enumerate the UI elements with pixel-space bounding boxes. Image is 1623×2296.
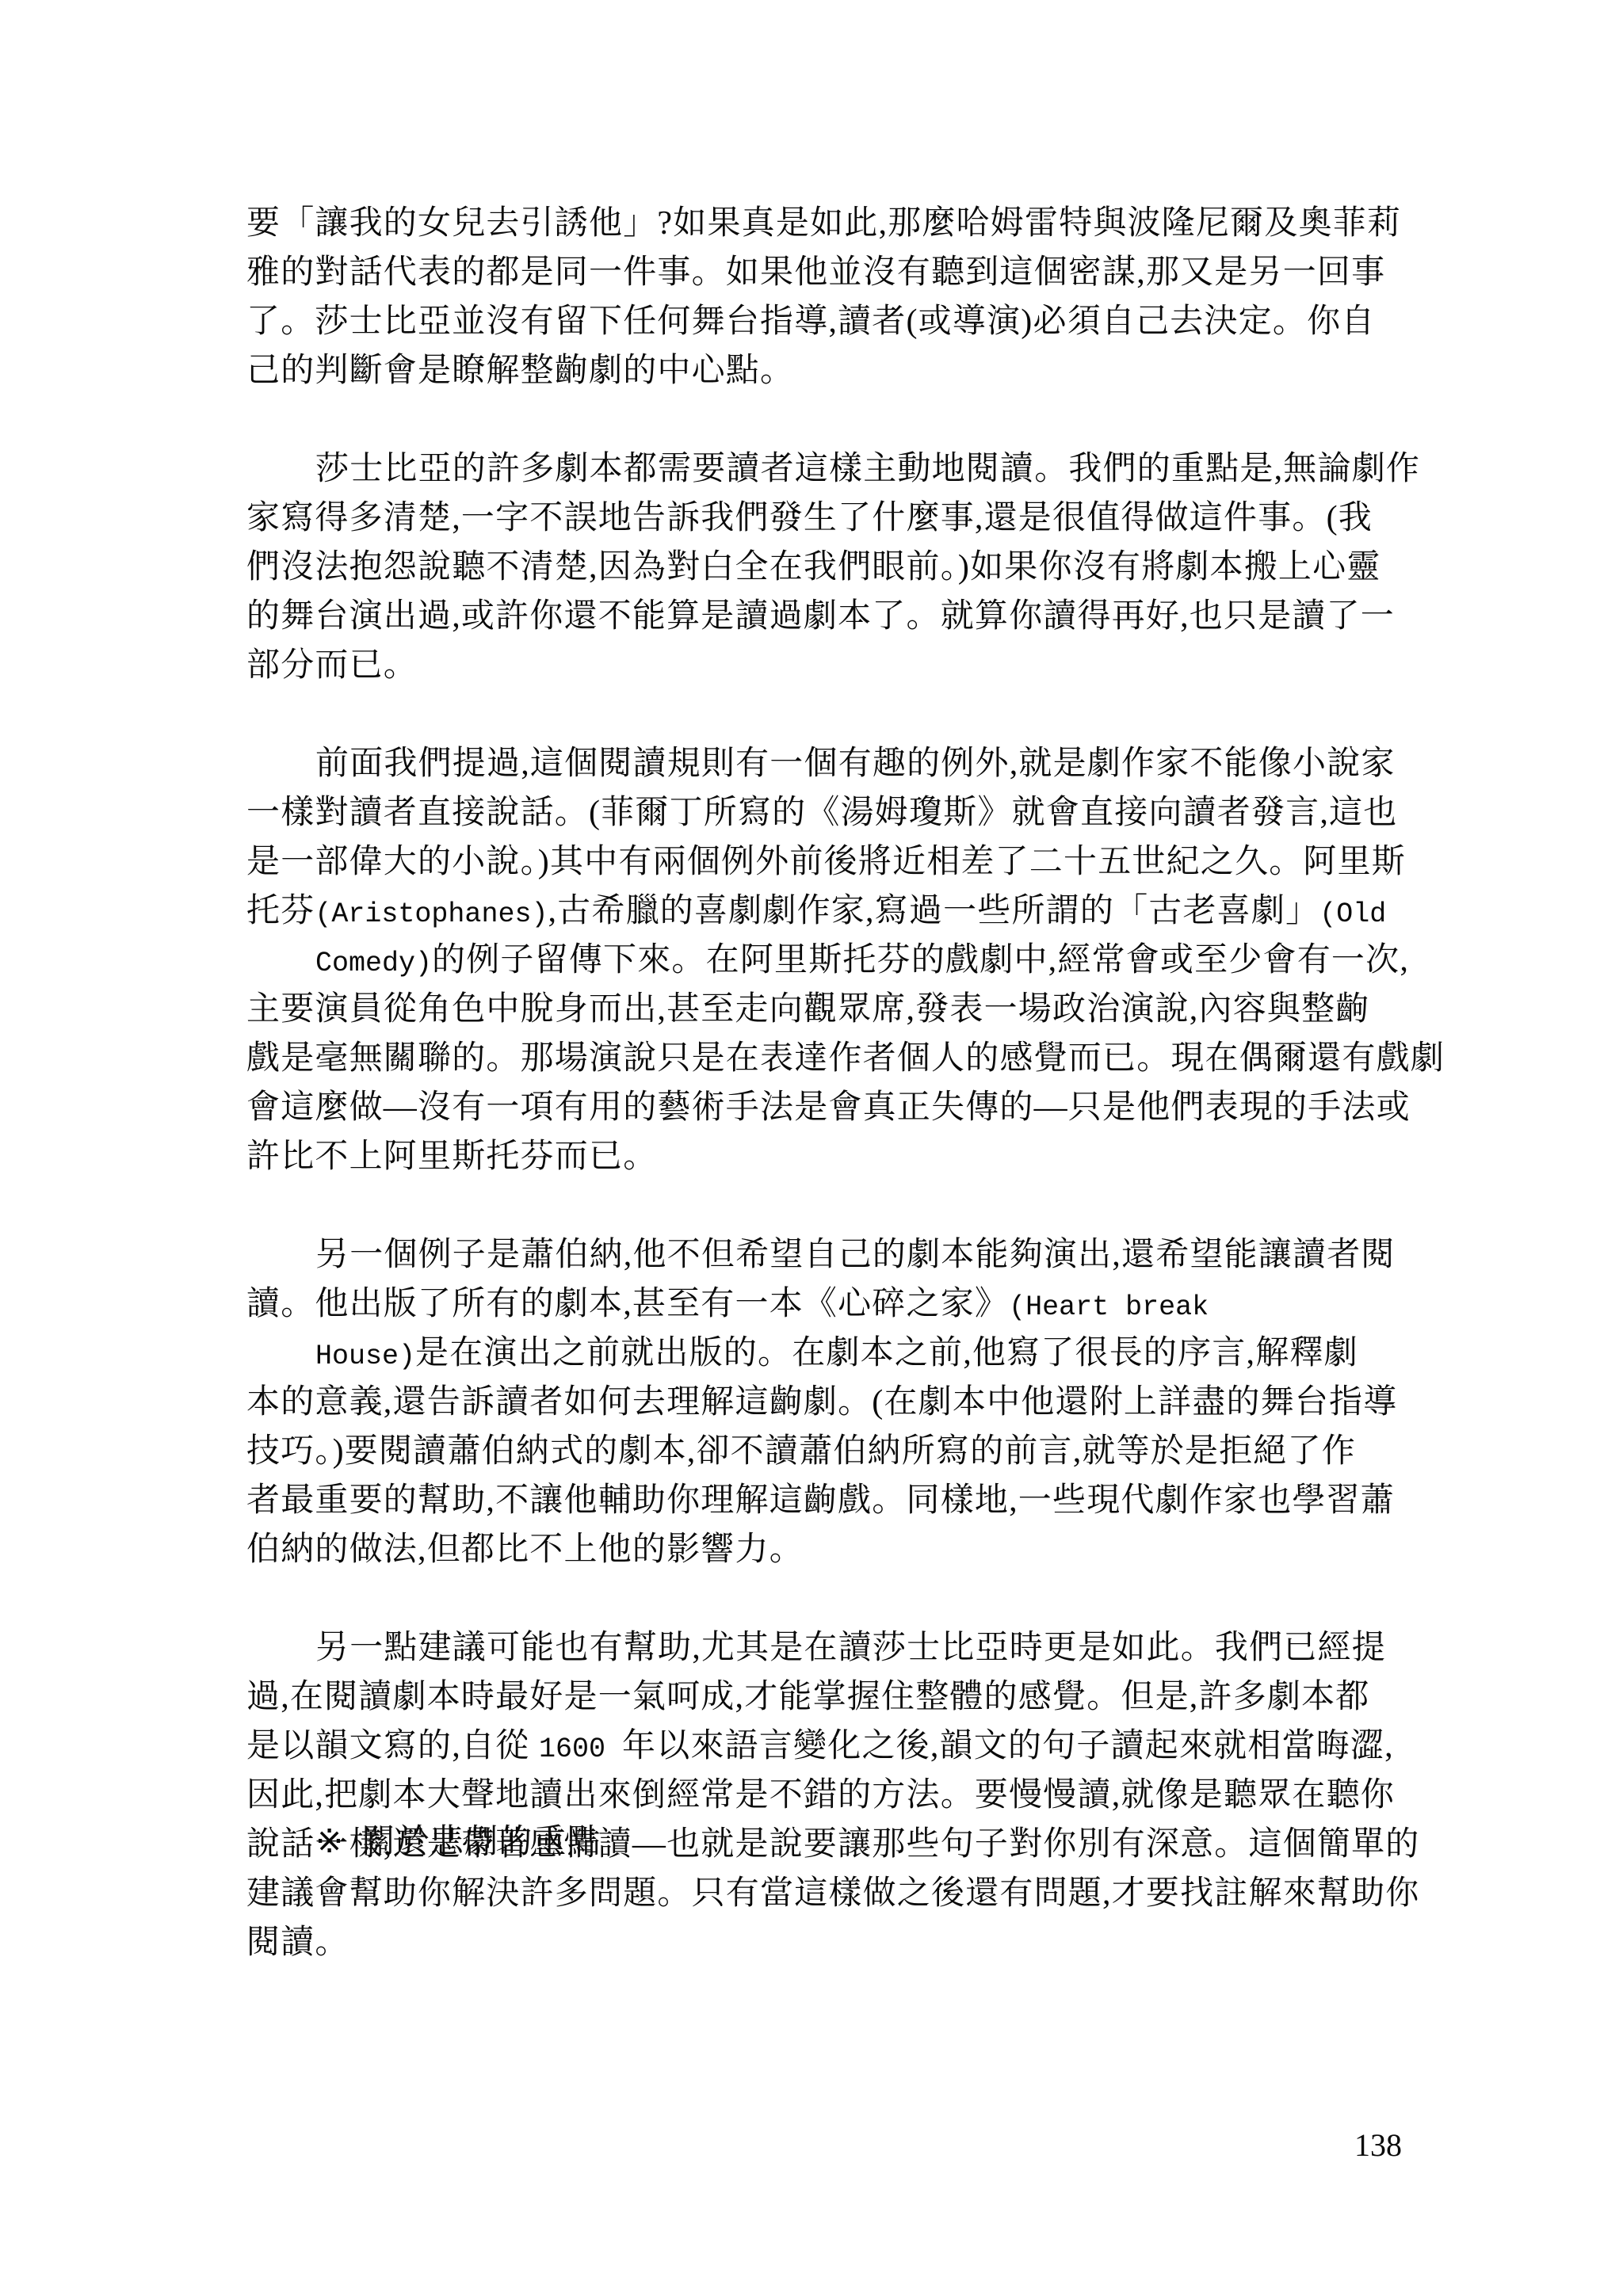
text-line: 部分而已。 <box>246 641 1411 690</box>
text-line: 本的意義,還告訴讀者如何去理解這齣劇。(在劇本中他還附上詳盡的舞台指導 <box>246 1378 1411 1427</box>
page-number: 138 <box>246 2126 1402 2165</box>
text-line: House)是在演出之前就出版的。在劇本之前,他寫了很長的序言,解釋劇 <box>246 1329 1411 1378</box>
latin-text: Comedy) <box>315 948 432 979</box>
latin-text: 1600 <box>539 1733 622 1765</box>
reference-mark-icon: ※ <box>315 1824 344 1860</box>
latin-text: (Heart break <box>1009 1291 1209 1323</box>
text-block: 要「讓我的女兒去引誘他」?如果真是如此,那麼哈姆雷特與波隆尼爾及奧菲莉雅的對話代… <box>246 199 1411 2016</box>
text-line: 己的判斷會是瞭解整齣劇的中心點。 <box>246 346 1411 395</box>
latin-text: (Aristophanes) <box>315 898 548 930</box>
text-line: 另一個例子是蕭伯納,他不但希望自己的劇本能夠演出,還希望能讓讀者閱 <box>246 1230 1411 1280</box>
latin-text: House) <box>315 1341 415 1372</box>
document-page: 要「讓我的女兒去引誘他」?如果真是如此,那麼哈姆雷特與波隆尼爾及奧菲莉雅的對話代… <box>0 0 1623 2296</box>
text-line: 托芬(Aristophanes),古希臘的喜劇劇作家,寫過一些所謂的「古老喜劇」… <box>246 887 1411 936</box>
text-line: 技巧。)要閱讀蕭伯納式的劇本,卻不讀蕭伯納所寫的前言,就等於是拒絕了作 <box>246 1427 1411 1476</box>
text-line: 建議會幫助你解決許多問題。只有當這樣做之後還有問題,才要找註解來幫助你 <box>246 1869 1411 1918</box>
text-line: 是以韻文寫的,自從 1600 年以來語言變化之後,韻文的句子讀起來就相當晦澀, <box>246 1722 1411 1771</box>
text-line: 一樣對讀者直接說話。(菲爾丁所寫的《湯姆瓊斯》就會直接向讀者發言,這也 <box>246 788 1411 837</box>
text-line: Comedy)的例子留傳下來。在阿里斯托芬的戲劇中,經常會或至少會有一次, <box>246 936 1411 985</box>
text-line: 閱讀。 <box>246 1918 1411 1967</box>
text-line: 莎士比亞的許多劇本都需要讀者這樣主動地閱讀。我們的重點是,無論劇作 <box>246 444 1411 494</box>
paragraph: 要「讓我的女兒去引誘他」?如果真是如此,那麼哈姆雷特與波隆尼爾及奧菲莉雅的對話代… <box>246 199 1411 395</box>
text-line: 要「讓我的女兒去引誘他」?如果真是如此,那麼哈姆雷特與波隆尼爾及奧菲莉 <box>246 199 1411 248</box>
text-line: 了。莎士比亞並沒有留下任何舞台指導,讀者(或導演)必須自己去決定。你自 <box>246 297 1411 346</box>
section-heading-text: 關於悲劇的重點 <box>361 1824 601 1860</box>
text-line: 讀。他出版了所有的劇本,甚至有一本《心碎之家》(Heart break <box>246 1280 1411 1329</box>
text-line: 戲是毫無關聯的。那場演說只是在表達作者個人的感覺而已。現在偶爾還有戲劇 <box>246 1034 1411 1083</box>
text-line: 因此,把劇本大聲地讀出來倒經常是不錯的方法。要慢慢讀,就像是聽眾在聽你 <box>246 1771 1411 1820</box>
paragraph: 前面我們提過,這個閱讀規則有一個有趣的例外,就是劇作家不能像小說家一樣對讀者直接… <box>246 739 1411 1181</box>
latin-text: (Old <box>1319 898 1386 930</box>
text-line: 家寫得多清楚,一字不誤地告訴我們發生了什麼事,還是很值得做這件事。(我 <box>246 494 1411 543</box>
text-line: 許比不上阿里斯托芬而已。 <box>246 1132 1411 1181</box>
text-line: 們沒法抱怨說聽不清楚,因為對白全在我們眼前。)如果你沒有將劇本搬上心靈 <box>246 543 1411 592</box>
text-line: 會這麼做—沒有一項有用的藝術手法是會真正失傳的—只是他們表現的手法或 <box>246 1083 1411 1132</box>
text-line: 是一部偉大的小說。)其中有兩個例外前後將近相差了二十五世紀之久。阿里斯 <box>246 837 1411 887</box>
section-heading: ※關於悲劇的重點 <box>246 1817 1480 1867</box>
text-line: 過,在閱讀劇本時最好是一氣呵成,才能掌握住整體的感覺。但是,許多劇本都 <box>246 1672 1411 1722</box>
text-line: 另一點建議可能也有幫助,尤其是在讀莎士比亞時更是如此。我們已經提 <box>246 1623 1411 1672</box>
text-line: 雅的對話代表的都是同一件事。如果他並沒有聽到這個密謀,那又是另一回事 <box>246 248 1411 297</box>
paragraph: 另一個例子是蕭伯納,他不但希望自己的劇本能夠演出,還希望能讓讀者閱讀。他出版了所… <box>246 1230 1411 1574</box>
text-line: 者最重要的幫助,不讓他輔助你理解這齣戲。同樣地,一些現代劇作家也學習蕭 <box>246 1476 1411 1525</box>
paragraph: 莎士比亞的許多劇本都需要讀者這樣主動地閱讀。我們的重點是,無論劇作家寫得多清楚,… <box>246 444 1411 690</box>
text-line: 前面我們提過,這個閱讀規則有一個有趣的例外,就是劇作家不能像小說家 <box>246 739 1411 788</box>
text-line: 主要演員從角色中脫身而出,甚至走向觀眾席,發表一場政治演說,內容與整齣 <box>246 985 1411 1034</box>
text-line: 伯納的做法,但都比不上他的影響力。 <box>246 1525 1411 1574</box>
paragraph: 另一點建議可能也有幫助,尤其是在讀莎士比亞時更是如此。我們已經提過,在閱讀劇本時… <box>246 1623 1411 1967</box>
text-line: 的舞台演出過,或許你還不能算是讀過劇本了。就算你讀得再好,也只是讀了一 <box>246 592 1411 641</box>
